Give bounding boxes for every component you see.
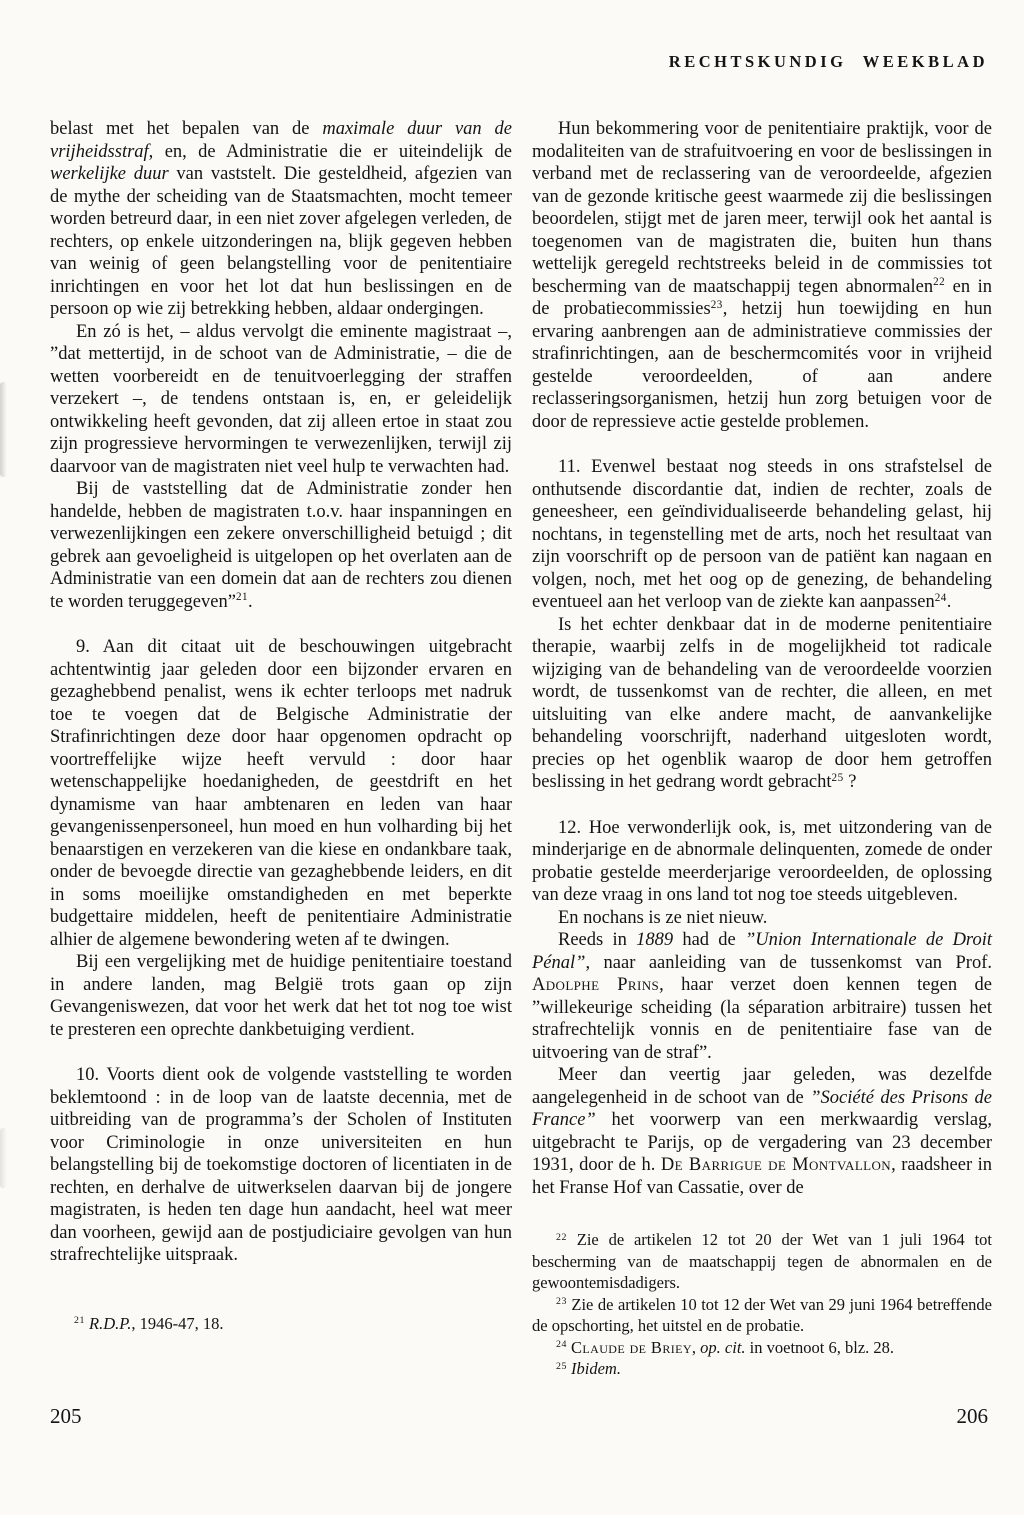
text-run: Bij de vaststelling dat de Administratie… (50, 479, 512, 612)
text-run-italic: werkelijke duur (50, 164, 169, 184)
text-run-sup: 25 (832, 772, 844, 784)
text-run: . (248, 592, 253, 612)
footnote-number: 21 (74, 1315, 85, 1326)
scanned-journal-page: RECHTSKUNDIG WEEKBLAD belast met het bep… (0, 0, 1024, 1515)
text-run-sup: 22 (933, 276, 945, 288)
text-run-italic: op. cit. (700, 1338, 745, 1357)
text-run: Zie de artikelen 12 tot 20 der Wet van 1… (532, 1230, 992, 1292)
text-run: Hun bekommering voor de penitentiaire pr… (532, 119, 992, 297)
text-run: , (692, 1338, 700, 1357)
text-run-italic: R.D.P. (89, 1314, 131, 1333)
text-run-italic: 1889 (636, 930, 673, 950)
text-run: Bij een vergelijking met de huidige peni… (50, 952, 512, 1040)
paragraph: Reeds in 1889 had de ”Union Internationa… (532, 929, 992, 1064)
footnote: 24 Claude de Briey, op. cit. in voetnoot… (532, 1337, 992, 1359)
text-run: belast met het bepalen van de (50, 119, 322, 139)
paragraph: Bij de vaststelling dat de Administratie… (50, 478, 512, 613)
text-run: En nochans is ze niet nieuw. (558, 908, 767, 928)
text-run: 10. Voorts dient ook de volgende vastste… (50, 1065, 512, 1265)
paragraph: En nochans is ze niet nieuw. (532, 907, 992, 930)
footnote: 23 Zie de artikelen 10 tot 12 der Wet va… (532, 1294, 992, 1337)
left-column: belast met het bepalen van de maximale d… (50, 118, 512, 1334)
text-run: ? (844, 772, 857, 792)
text-run-sup: 24 (935, 592, 947, 604)
text-run-italic: Ibidem. (571, 1359, 621, 1378)
right-column-text: Hun bekommering voor de penitentiaire pr… (532, 118, 992, 1199)
footnote-number: 23 (556, 1296, 567, 1307)
text-run: , en, de Administratie die er uiteindeli… (149, 142, 512, 162)
footnote-number: 22 (556, 1232, 567, 1243)
text-run: , 1946-47, 18. (131, 1314, 223, 1333)
paragraph: Is het echter denkbaar dat in de moderne… (532, 614, 992, 794)
scan-edge-artifact (0, 382, 7, 477)
paragraph: 9. Aan dit citaat uit de beschouwingen u… (50, 636, 512, 951)
text-run: Is het echter denkbaar dat in de moderne… (532, 615, 992, 793)
text-run-smallcaps: De Barrigue de Montvallon (661, 1155, 891, 1175)
paragraph: Hun bekommering voor de penitentiaire pr… (532, 118, 992, 433)
paragraph: belast met het bepalen van de maximale d… (50, 118, 512, 321)
text-run-smallcaps: Adolphe Prins (532, 975, 659, 995)
text-run: in voetnoot 6, blz. 28. (746, 1338, 894, 1357)
paragraph: En zó is het, – aldus vervolgt die emine… (50, 321, 512, 479)
text-run: 11. Evenwel bestaat nog steeds in ons st… (532, 457, 992, 612)
text-run-sup: 21 (236, 591, 248, 603)
paragraph: Bij een vergelijking met de huidige peni… (50, 951, 512, 1041)
page-number-left: 205 (50, 1404, 82, 1429)
left-column-footnotes: 21 R.D.P., 1946-47, 18. (50, 1313, 512, 1335)
right-column: Hun bekommering voor de penitentiaire pr… (532, 118, 992, 1380)
footnote: 22 Zie de artikelen 12 tot 20 der Wet va… (532, 1229, 992, 1294)
text-run: 12. Hoe verwonderlijk ook, is, met uitzo… (532, 818, 992, 906)
running-head: RECHTSKUNDIG WEEKBLAD (669, 52, 988, 72)
text-run: had de (673, 930, 745, 950)
footnote: 25 Ibidem. (532, 1358, 992, 1380)
left-column-text: belast met het bepalen van de maximale d… (50, 118, 512, 1267)
scan-edge-artifact (0, 1128, 7, 1188)
paragraph: 12. Hoe verwonderlijk ook, is, met uitzo… (532, 817, 992, 907)
paragraph: 10. Voorts dient ook de volgende vastste… (50, 1064, 512, 1267)
paragraph: Meer dan veertig jaar geleden, was dezel… (532, 1064, 992, 1199)
footnote: 21 R.D.P., 1946-47, 18. (50, 1313, 512, 1335)
text-run-smallcaps: Claude de Briey (571, 1338, 692, 1357)
text-run: 9. Aan dit citaat uit de beschouwingen u… (50, 637, 512, 950)
text-run: Zie de artikelen 10 tot 12 der Wet van 2… (532, 1295, 992, 1336)
text-run: Reeds in (558, 930, 636, 950)
paragraph: 11. Evenwel bestaat nog steeds in ons st… (532, 456, 992, 614)
journal-title: RECHTSKUNDIG WEEKBLAD (669, 52, 988, 71)
text-run: En zó is het, – aldus vervolgt die emine… (50, 322, 512, 477)
text-run: van vaststelt. Die gesteldheid, afgezien… (50, 164, 512, 319)
text-run: , naar aanleiding van de tussenkomst van… (585, 953, 992, 973)
text-run-sup: 23 (711, 299, 723, 311)
page-number-right: 206 (957, 1404, 989, 1429)
right-column-footnotes: 22 Zie de artikelen 12 tot 20 der Wet va… (532, 1229, 992, 1380)
footnote-number: 25 (556, 1361, 567, 1372)
footnote-number: 24 (556, 1339, 567, 1350)
text-run: . (947, 592, 952, 612)
